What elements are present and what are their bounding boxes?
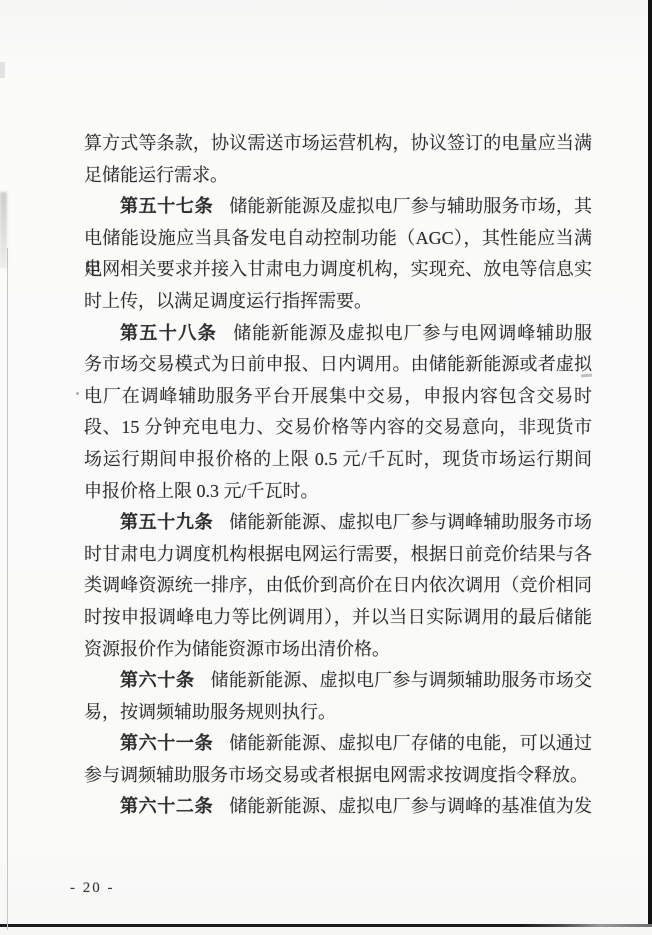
line-text: 易，按调频辅助服务规则执行。 bbox=[84, 702, 336, 722]
line-text: 参与调频辅助服务市场交易或者根据电网需求按调度指令释放。 bbox=[84, 765, 588, 785]
line-text: 资源报价作为储能资源市场出清价格。 bbox=[84, 639, 390, 659]
line-text: 储能新能源、虚拟电厂存储的电能，可以通过 bbox=[229, 733, 592, 753]
line-text: 电厂在调峰辅助服务平台开展集中交易，申报内容包含交易时 bbox=[84, 386, 592, 406]
text-line: 第六十条储能新能源、虚拟电厂参与调频辅助服务市场交 bbox=[84, 665, 592, 697]
text-line: 易，按调频辅助服务规则执行。 bbox=[84, 697, 592, 729]
text-line: 时上传，以满足调度运行指挥需要。 bbox=[84, 286, 592, 318]
text-line: 第六十二条储能新能源、虚拟电厂参与调峰的基准值为发 bbox=[84, 791, 592, 823]
document-page: 算方式等条款，协议需送市场运营机构，协议签订的电量应当满 足储能运行需求。 第五… bbox=[0, 0, 652, 935]
scan-left-smudge bbox=[0, 192, 7, 268]
article-term: 第五十九条 bbox=[120, 512, 213, 532]
line-text: 储能新能源、虚拟电厂参与调峰的基准值为发 bbox=[229, 796, 592, 816]
line-text: 时甘肃电力调度机构根据电网运行需要，根据日前竞价结果与各 bbox=[84, 544, 592, 564]
line-text: 务市场交易模式为日前申报、日内调用。由储能新能源或者虚拟 bbox=[84, 354, 592, 374]
scan-bottom-rule bbox=[0, 924, 652, 927]
text-line: 类调峰资源统一排序，由低价到高价在日内依次调用（竞价相同 bbox=[84, 570, 592, 602]
scan-left-faint-line bbox=[7, 248, 8, 930]
text-line: 段、15 分钟充电电力、交易价格等内容的交易意向，非现货市 bbox=[84, 412, 592, 444]
scan-dot-artifact bbox=[76, 392, 79, 395]
article-term: 第六十二条 bbox=[120, 796, 213, 816]
scan-top-left-mark bbox=[0, 62, 5, 78]
article-term: 第六十一条 bbox=[120, 733, 213, 753]
text-line: 第五十七条储能新能源及虚拟电厂参与辅助服务市场，其 bbox=[84, 191, 592, 223]
line-text: 储能新能源、虚拟电厂参与调频辅助服务市场交 bbox=[211, 670, 592, 690]
line-text: 储能新能源及虚拟电厂参与电网调峰辅助服 bbox=[233, 323, 592, 343]
text-line: 电网相关要求并接入甘肃电力调度机构，实现充、放电等信息实 bbox=[84, 254, 592, 286]
text-line: 第五十八条储能新能源及虚拟电厂参与电网调峰辅助服 bbox=[84, 318, 592, 350]
text-line: 第五十九条储能新能源、虚拟电厂参与调峰辅助服务市场 bbox=[84, 507, 592, 539]
text-line: 时按申报调峰电力等比例调用），并以当日实际调用的最后储能 bbox=[84, 602, 592, 634]
scan-edge-right-bar bbox=[648, 0, 652, 927]
line-text: 申报价格上限 0.3 元/千瓦时。 bbox=[84, 481, 319, 501]
text-line: 电储能设施应当具备发电自动控制功能（AGC），其性能应当满足 bbox=[84, 223, 592, 255]
line-text: 场运行期间申报价格的上限 0.5 元/千瓦时，现货市场运行期间 bbox=[84, 449, 592, 469]
text-line: 申报价格上限 0.3 元/千瓦时。 bbox=[84, 476, 592, 508]
article-term: 第六十条 bbox=[120, 670, 195, 690]
line-text: 足储能运行需求。 bbox=[84, 165, 228, 185]
text-line: 第六十一条储能新能源、虚拟电厂存储的电能，可以通过 bbox=[84, 728, 592, 760]
line-text: 电网相关要求并接入甘肃电力调度机构，实现充、放电等信息实 bbox=[84, 259, 592, 279]
document-text-block: 算方式等条款，协议需送市场运营机构，协议签订的电量应当满 足储能运行需求。 第五… bbox=[84, 128, 592, 823]
page-number: - 20 - bbox=[70, 880, 115, 897]
text-line: 务市场交易模式为日前申报、日内调用。由储能新能源或者虚拟 bbox=[84, 349, 592, 381]
line-text: 时按申报调峰电力等比例调用），并以当日实际调用的最后储能 bbox=[84, 607, 592, 627]
line-text: 储能新能源及虚拟电厂参与辅助服务市场，其 bbox=[229, 196, 592, 216]
article-term: 第五十七条 bbox=[120, 196, 213, 216]
line-text: 算方式等条款，协议需送市场运营机构，协议签订的电量应当满 bbox=[84, 133, 592, 153]
text-line: 算方式等条款，协议需送市场运营机构，协议签订的电量应当满 bbox=[84, 128, 592, 160]
line-text: 类调峰资源统一排序，由低价到高价在日内依次调用（竞价相同 bbox=[84, 575, 592, 595]
text-line: 资源报价作为储能资源市场出清价格。 bbox=[84, 634, 592, 666]
text-line: 足储能运行需求。 bbox=[84, 160, 592, 192]
text-line: 参与调频辅助服务市场交易或者根据电网需求按调度指令释放。 bbox=[84, 760, 592, 792]
text-line: 电厂在调峰辅助服务平台开展集中交易，申报内容包含交易时 bbox=[84, 381, 592, 413]
text-line: 场运行期间申报价格的上限 0.5 元/千瓦时，现货市场运行期间 bbox=[84, 444, 592, 476]
article-term: 第五十八条 bbox=[120, 323, 217, 343]
line-text: 时上传，以满足调度运行指挥需要。 bbox=[84, 291, 372, 311]
text-line: 时甘肃电力调度机构根据电网运行需要，根据日前竞价结果与各 bbox=[84, 539, 592, 571]
line-text: 段、15 分钟充电电力、交易价格等内容的交易意向，非现货市 bbox=[84, 417, 592, 437]
line-text: 储能新能源、虚拟电厂参与调峰辅助服务市场 bbox=[229, 512, 592, 532]
